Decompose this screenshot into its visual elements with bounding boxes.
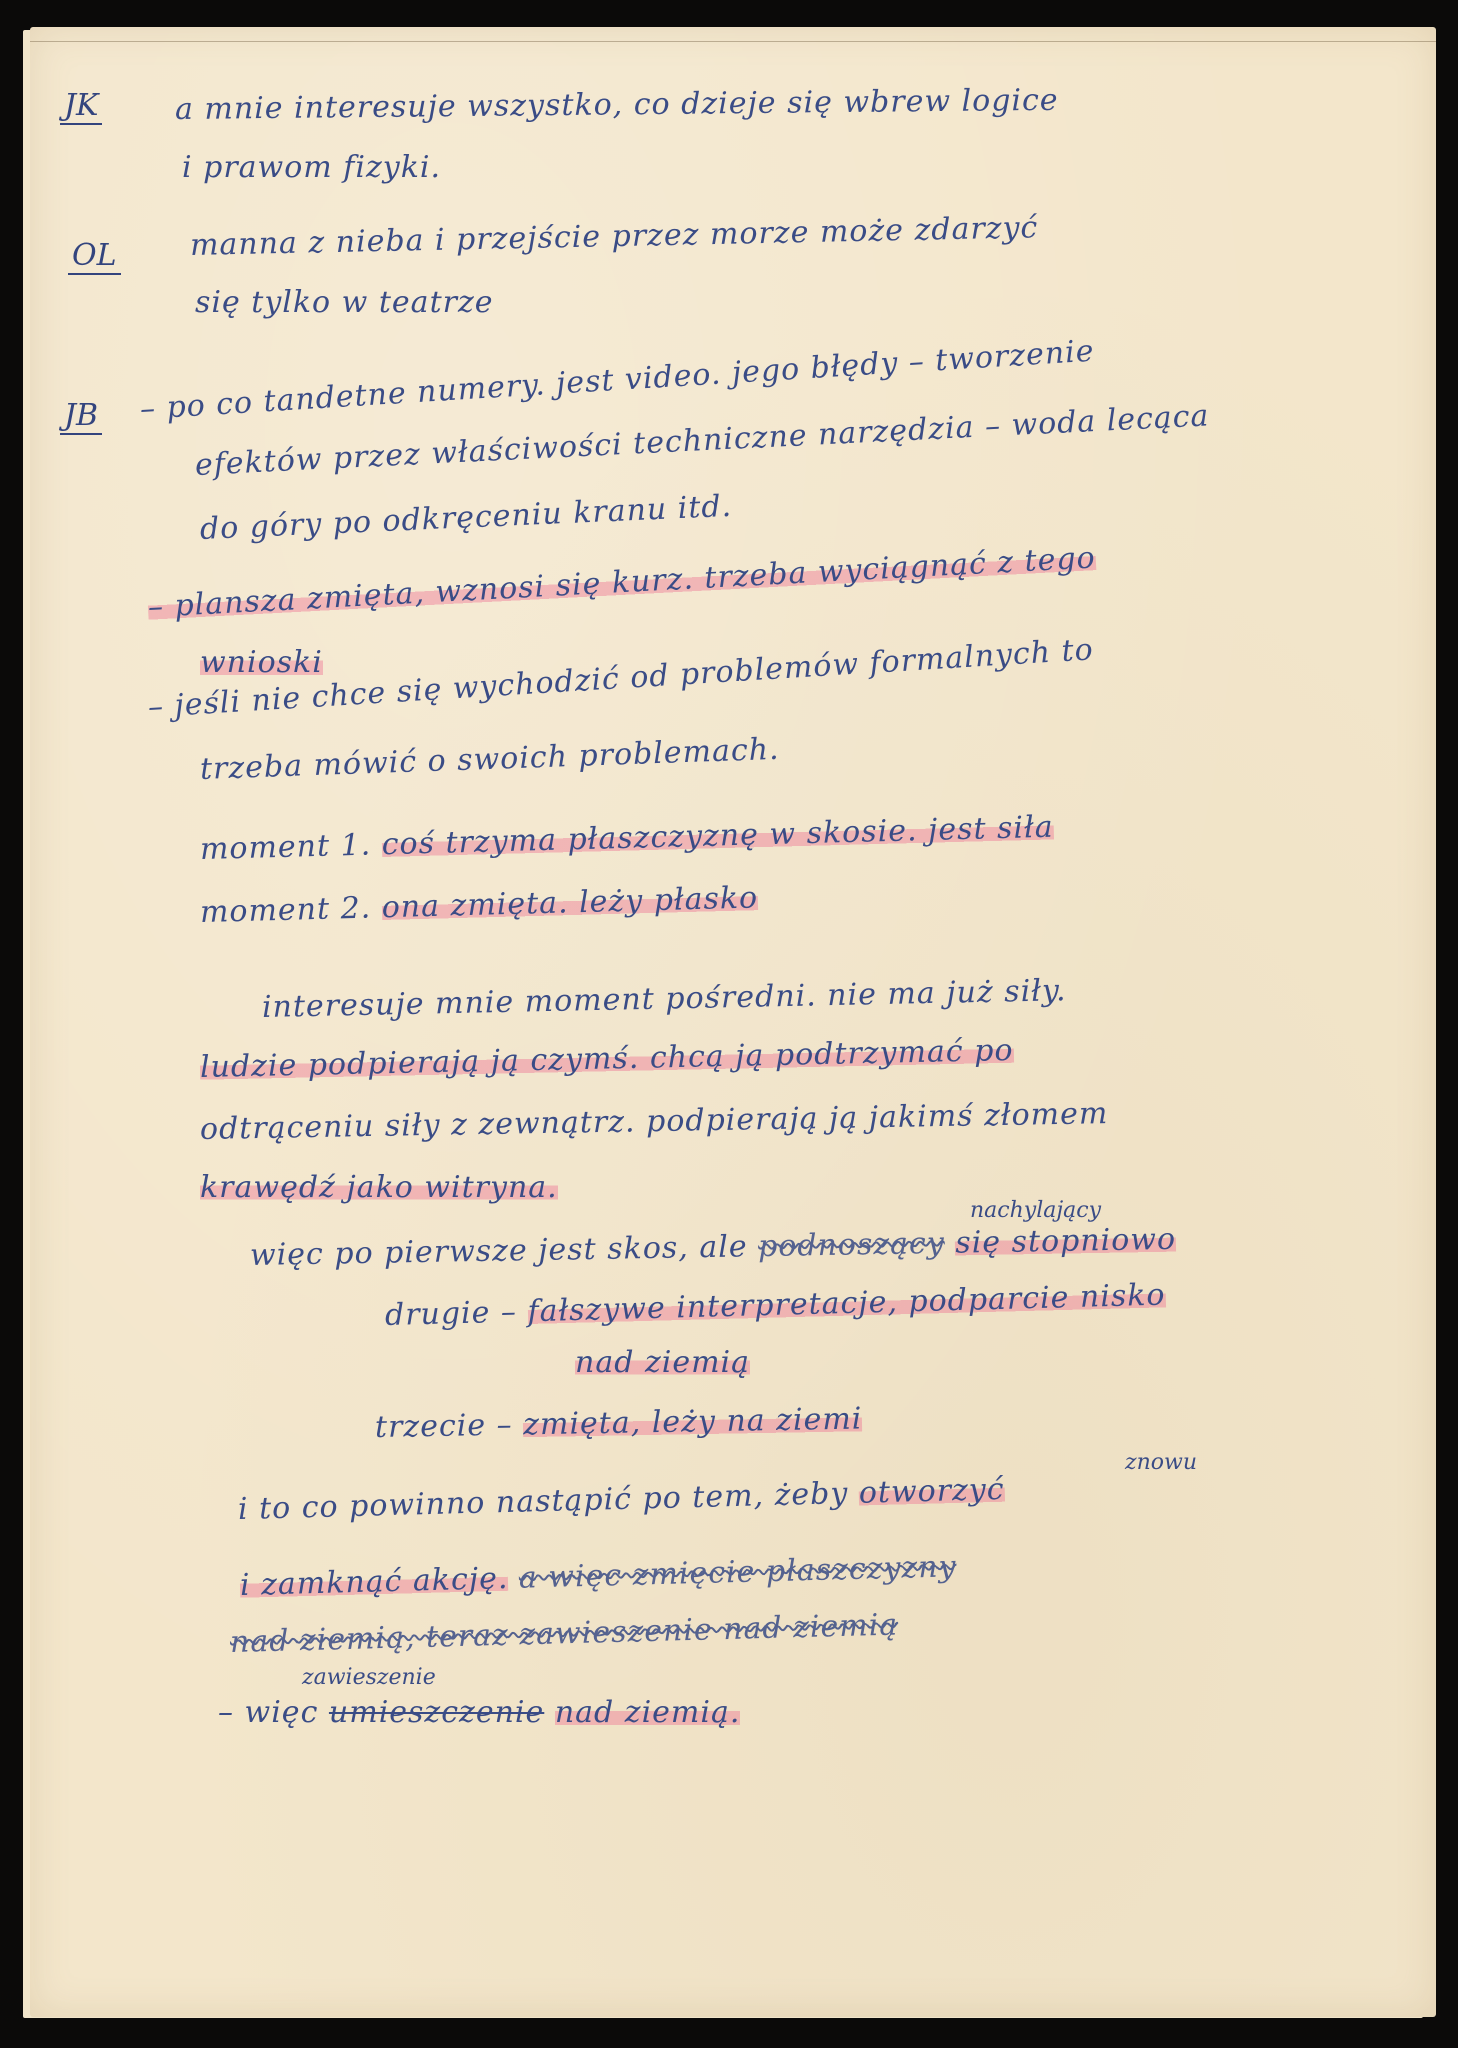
closing-inserted-word-1: znowu — [1125, 1450, 1197, 1475]
speaker-label-ol: OL — [68, 238, 121, 275]
sequence-second-continuation: nad ziemią — [575, 1345, 750, 1380]
moment-2-label: moment 2. — [200, 891, 372, 930]
closing-line-4: – więc umieszczenie nad ziemią. — [218, 1695, 740, 1730]
entry-ol-line-2: się tylko w teatrze — [195, 285, 494, 320]
closing-line-2-text: i zamknąć akcję. — [240, 1561, 509, 1603]
third-label: trzecie – — [375, 1408, 513, 1445]
first-struck-word: podnoszący — [758, 1226, 945, 1264]
bullet-1-line-2-text: wnioski — [200, 645, 323, 680]
first-inserted-word: nachylający — [970, 1198, 1101, 1223]
closing-line-4-after: nad ziemią. — [555, 1695, 741, 1730]
first-text-after: się stopniowo — [955, 1222, 1176, 1261]
closing-line-4-prefix: – więc — [218, 1695, 318, 1730]
bullet-1-line-2: wnioski — [200, 645, 323, 680]
second-label: drugie – — [385, 1295, 518, 1333]
speaker-label-jb: JB — [60, 398, 102, 435]
closing-line-1-after: otworzyć — [858, 1472, 1005, 1511]
closing-inserted-word-2: zawieszenie — [302, 1665, 436, 1690]
paragraph-line-4: krawędź jako witryna. — [200, 1170, 558, 1205]
moment-1-label: moment 1. — [200, 828, 372, 867]
speaker-label-jk: JK — [60, 88, 102, 125]
paragraph-line-4-text: krawędź jako witryna. — [200, 1170, 558, 1205]
closing-line-4-struck: umieszczenie — [329, 1695, 544, 1730]
third-text: zmięta, leży na ziemi — [523, 1401, 863, 1442]
entry-jk-line-2: i prawom fizyki. — [182, 150, 441, 185]
second-continuation-text: nad ziemią — [575, 1345, 750, 1380]
paper-top-rule — [30, 41, 1436, 42]
